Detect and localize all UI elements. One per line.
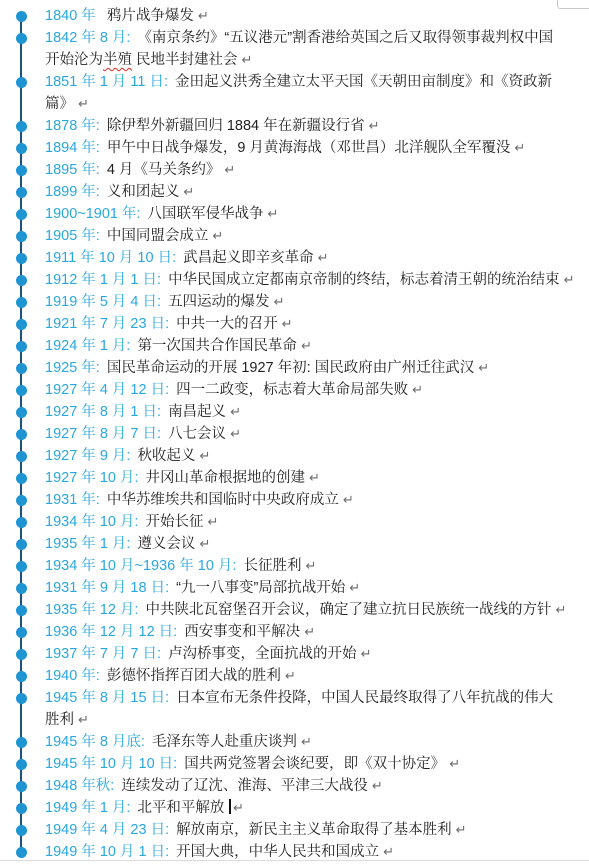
item-text[interactable]: 八国联军侵华战争	[148, 206, 264, 222]
bullet-icon	[16, 495, 27, 506]
item-text[interactable]: 4 月《马关条约》	[107, 162, 221, 178]
timeline-item[interactable]: 1927 年 4 月 12 日:四一二政变，标志着大革命局部失败↵	[0, 379, 589, 401]
item-text[interactable]: 中共一大的召开	[176, 316, 278, 332]
item-date[interactable]: 1899 年:	[45, 184, 100, 200]
item-date[interactable]: 1935 年 12 月:	[45, 602, 139, 618]
timeline-item[interactable]: 1945 年 8 月 15 日:日本宣布无条件投降，中国人民最终取得了八年抗战的…	[0, 687, 589, 731]
timeline-item[interactable]: 1948 年秋:连续发动了辽沈、淮海、平津三大战役↵	[0, 775, 589, 797]
bullet-icon	[16, 253, 27, 264]
item-date[interactable]: 1905 年:	[45, 228, 100, 244]
item-text[interactable]: 西安事变和平解决	[184, 624, 300, 640]
paragraph-return-mark: ↵	[233, 800, 244, 815]
bullet-icon	[16, 803, 27, 814]
bullet-icon	[16, 825, 27, 836]
paragraph-return-mark: ↵	[305, 558, 316, 573]
item-text[interactable]: 中华民国成立定都南京帝制的终结，标志着清王朝的统治结束	[168, 272, 560, 288]
item-date[interactable]: 1912 年 1 月 1 日:	[45, 272, 161, 288]
item-date[interactable]: 1934 年 10 月:	[45, 514, 139, 530]
timeline-item[interactable]: 1931 年:中华苏维埃共和国临时中央政府成立↵	[0, 489, 589, 511]
bullet-icon	[16, 363, 27, 374]
timeline-item[interactable]: 1842 年 8 月:《南京条约》“五议港元”割香港给英国之后又取得领事裁判权中…	[0, 27, 589, 71]
item-date[interactable]: 1940 年:	[45, 668, 100, 684]
item-text[interactable]: 彭德怀指挥百团大战的胜利	[107, 668, 281, 684]
paragraph-return-mark: ↵	[282, 316, 293, 331]
item-date[interactable]: 1925 年:	[45, 360, 100, 376]
item-date[interactable]: 1935 年 1 月:	[45, 536, 130, 552]
bullet-icon	[16, 649, 27, 660]
paragraph-return-mark: ↵	[230, 404, 241, 419]
paragraph-return-mark: ↵	[456, 822, 467, 837]
timeline-item[interactable]: 1937 年 7 月 7 日:卢沟桥事变，全面抗战的开始↵	[0, 643, 589, 665]
item-date[interactable]: 1945 年 10 月 10 日:	[45, 756, 177, 772]
bullet-icon	[16, 847, 27, 858]
bullet-icon	[16, 671, 27, 682]
paragraph-return-mark: ↵	[564, 272, 575, 287]
item-text[interactable]: 中华苏维埃共和国临时中央政府成立	[107, 492, 339, 508]
timeline-item[interactable]: 1919 年 5 月 4 日:五四运动的爆发↵	[0, 291, 589, 313]
paragraph-return-mark: ↵	[212, 228, 223, 243]
item-text[interactable]: 连续发动了辽沈、淮海、平津三大战役	[121, 778, 368, 794]
bullet-icon	[16, 297, 27, 308]
paragraph-return-mark: ↵	[369, 118, 380, 133]
paragraph-return-mark: ↵	[78, 712, 89, 727]
paragraph-return-mark: ↵	[383, 844, 394, 859]
item-text[interactable]: 北平和平解放	[137, 800, 224, 816]
item-date[interactable]: 1927 年 4 月 12 日:	[45, 382, 169, 398]
text-cursor	[229, 799, 231, 814]
paragraph-return-mark: ↵	[199, 448, 210, 463]
timeline-item[interactable]: 1927 年 9 月:秋收起义↵	[0, 445, 589, 467]
item-date[interactable]: 1927 年 9 月:	[45, 448, 130, 464]
timeline-item[interactable]: 1894 年:甲午中日战争爆发，9 月黄海海战（邓世昌）北洋舰队全军覆没↵	[0, 137, 589, 159]
timeline-item[interactable]: 1934 年 10 月~1936 年 10 月:长征胜利↵	[0, 555, 589, 577]
paragraph-return-mark: ↵	[556, 602, 567, 617]
bullet-icon	[16, 165, 27, 176]
paragraph-return-mark: ↵	[304, 624, 315, 639]
item-date[interactable]: 1931 年:	[45, 492, 100, 508]
item-date[interactable]: 1878 年:	[45, 118, 100, 134]
item-text[interactable]: 四一二政变，标志着大革命局部失败	[176, 382, 408, 398]
timeline-item[interactable]: 1921 年 7 月 23 日:中共一大的召开↵	[0, 313, 589, 335]
item-date[interactable]: 1851 年 1 月 11 日:	[45, 74, 168, 90]
item-date[interactable]: 1936 年 12 月 12 日:	[45, 624, 177, 640]
item-date[interactable]: 1927 年 8 月 1 日:	[45, 404, 161, 420]
bullet-icon	[16, 429, 27, 440]
item-date[interactable]: 1921 年 7 月 23 日:	[45, 316, 169, 332]
item-text[interactable]: 开始长征	[146, 514, 204, 530]
timeline-item[interactable]: 1840 年 鸦片战争爆发↵	[0, 5, 589, 27]
item-date[interactable]: 1919 年 5 月 4 日:	[45, 294, 161, 310]
bullet-icon	[16, 11, 27, 22]
bullet-icon	[16, 143, 27, 154]
bullet-icon	[16, 341, 27, 352]
paragraph-return-mark: ↵	[449, 756, 460, 771]
item-date[interactable]: 1840 年	[45, 8, 96, 24]
paragraph-return-mark: ↵	[349, 580, 360, 595]
bullet-icon	[16, 319, 27, 330]
timeline-item[interactable]: 1940 年:彭德怀指挥百团大战的胜利↵	[0, 665, 589, 687]
paragraph-return-mark: ↵	[274, 294, 285, 309]
paragraph-return-mark: ↵	[224, 162, 235, 177]
item-text[interactable]: 遵义会议	[137, 536, 195, 552]
item-text[interactable]: 毛泽东等人赴重庆谈判	[152, 734, 297, 750]
timeline-item[interactable]: 1851 年 1 月 11 日:金田起义洪秀全建立太平天国《天朝田亩制度》和《资…	[0, 71, 589, 115]
paragraph-return-mark: ↵	[268, 206, 279, 221]
page-edge-line	[0, 860, 589, 861]
paragraph-return-mark: ↵	[372, 778, 383, 793]
bullet-icon	[16, 33, 27, 44]
timeline-item[interactable]: 1927 年 8 月 7 日:八七会议↵	[0, 423, 589, 445]
timeline-item[interactable]: 1934 年 10 月:开始长征↵	[0, 511, 589, 533]
timeline-item[interactable]: 1924 年 1 月:第一次国共合作国民革命↵	[0, 335, 589, 357]
item-text[interactable]: 中共陕北瓦窑堡召开会议，确定了建立抗日民族统一战线的方针	[146, 602, 552, 618]
document-page: { "marks": { "return_mark": "↵" }, "colo…	[0, 0, 589, 867]
item-date[interactable]: 1937 年 7 月 7 日:	[45, 646, 161, 662]
item-date[interactable]: 1934 年 10 月~1936 年 10 月:	[45, 558, 236, 574]
item-text[interactable]: 南昌起义	[168, 404, 226, 420]
paragraph-return-mark: ↵	[242, 52, 253, 67]
paragraph-return-mark: ↵	[318, 250, 329, 265]
item-date[interactable]: 1949 年 1 月:	[45, 800, 130, 816]
item-date[interactable]: 1894 年:	[45, 140, 100, 156]
paragraph-return-mark: ↵	[198, 8, 209, 23]
item-text[interactable]: 国共两党签署会谈纪要，即《双十协定》	[184, 756, 445, 772]
bullet-icon	[16, 473, 27, 484]
paragraph-return-mark: ↵	[78, 96, 89, 111]
timeline-item[interactable]: 1927 年 10 月:井冈山革命根据地的创建↵	[0, 467, 589, 489]
item-date[interactable]: 1842 年 8 月:	[45, 30, 130, 46]
item-date[interactable]: 1927 年 8 月 7 日:	[45, 426, 161, 442]
item-text[interactable]: 八七会议	[168, 426, 226, 442]
item-text-misspelled[interactable]: 半殖	[103, 52, 132, 68]
timeline-item[interactable]: 1878 年:除伊犁外新疆回归 1884 年在新疆设行省↵	[0, 115, 589, 137]
bullet-icon	[16, 407, 27, 418]
paragraph-return-mark: ↵	[301, 338, 312, 353]
bullet-icon	[16, 627, 27, 638]
bullet-icon	[16, 121, 27, 132]
item-date[interactable]: 1927 年 10 月:	[45, 470, 139, 486]
item-text[interactable]: 武昌起义即辛亥革命	[183, 250, 314, 266]
paragraph-return-mark: ↵	[301, 734, 312, 749]
item-date[interactable]: 1945 年 8 月底:	[45, 734, 145, 750]
item-text[interactable]: 甲午中日战争爆发，9 月黄海海战（邓世昌）北洋舰队全军覆没	[107, 140, 511, 156]
timeline-item[interactable]: 1927 年 8 月 1 日:南昌起义↵	[0, 401, 589, 423]
bullet-icon	[16, 517, 27, 528]
item-text[interactable]: 除伊犁外新疆回归 1884 年在新疆设行省	[107, 118, 365, 134]
timeline-list: 1840 年 鸦片战争爆发↵1842 年 8 月:《南京条约》“五议港元”割香港…	[0, 5, 589, 863]
timeline-item[interactable]: 1900~1901 年:八国联军侵华战争↵	[0, 203, 589, 225]
item-text[interactable]: 卢沟桥事变，全面抗战的开始	[168, 646, 357, 662]
item-text[interactable]: 解放南京，新民主主义革命取得了基本胜利	[176, 822, 452, 838]
item-date[interactable]: 1948 年秋:	[45, 778, 114, 794]
bullet-icon	[16, 583, 27, 594]
bullet-icon	[16, 77, 27, 88]
paragraph-return-mark: ↵	[412, 382, 423, 397]
item-text[interactable]: 鸦片战争爆发	[103, 8, 194, 24]
item-text[interactable]: 秋收起义	[137, 448, 195, 464]
paragraph-return-mark: ↵	[514, 140, 525, 155]
timeline-item[interactable]: 1899 年:义和团起义↵	[0, 181, 589, 203]
bullet-icon	[16, 605, 27, 616]
bullet-icon	[16, 561, 27, 572]
item-date[interactable]: 1949 年 10 月 1 日:	[45, 844, 169, 860]
item-text[interactable]: 国民革命运动的开展 1927 年初: 国民政府由广州迁往武汉	[107, 360, 474, 376]
item-date[interactable]: 1911 年 10 月 10 日:	[45, 250, 176, 266]
timeline-item[interactable]: 1911 年 10 月 10 日:武昌起义即辛亥革命↵	[0, 247, 589, 269]
timeline-item[interactable]: 1935 年 1 月:遵义会议↵	[0, 533, 589, 555]
item-text[interactable]: 义和团起义	[107, 184, 180, 200]
bullet-icon	[16, 451, 27, 462]
item-text[interactable]: “九一八事变”局部抗战开始	[176, 580, 345, 596]
timeline-item[interactable]: 1925 年:国民革命运动的开展 1927 年初: 国民政府由广州迁往武汉↵	[0, 357, 589, 379]
item-date[interactable]: 1931 年 9 月 18 日:	[45, 580, 169, 596]
item-text[interactable]: 长征胜利	[243, 558, 301, 574]
paragraph-return-mark: ↵	[285, 668, 296, 683]
paragraph-return-mark: ↵	[343, 492, 354, 507]
timeline-item[interactable]: 1895 年:4 月《马关条约》↵	[0, 159, 589, 181]
bullet-icon	[16, 539, 27, 550]
timeline-item[interactable]: 1949 年 1 月:北平和平解放↵	[0, 797, 589, 819]
timeline-item[interactable]: 1936 年 12 月 12 日:西安事变和平解决↵	[0, 621, 589, 643]
timeline-item[interactable]: 1949 年 4 月 23 日:解放南京，新民主主义革命取得了基本胜利↵	[0, 819, 589, 841]
item-date[interactable]: 1924 年 1 月:	[45, 338, 130, 354]
item-date[interactable]: 1900~1901 年:	[45, 206, 141, 222]
bullet-icon	[16, 209, 27, 220]
paragraph-return-mark: ↵	[208, 514, 219, 529]
timeline-item[interactable]: 1912 年 1 月 1 日:中华民国成立定都南京帝制的终结，标志着清王朝的统治…	[0, 269, 589, 291]
timeline-item[interactable]: 1945 年 10 月 10 日:国共两党签署会谈纪要，即《双十协定》↵	[0, 753, 589, 775]
item-text[interactable]: 中国同盟会成立	[107, 228, 209, 244]
paragraph-return-mark: ↵	[309, 470, 320, 485]
bullet-icon	[16, 231, 27, 242]
item-text[interactable]: 民地半封建社会	[132, 52, 238, 68]
item-text[interactable]: 五四运动的爆发	[168, 294, 270, 310]
bullet-icon	[16, 275, 27, 286]
paragraph-return-mark: ↵	[199, 536, 210, 551]
bullet-icon	[16, 759, 27, 770]
timeline-item[interactable]: 1935 年 12 月:中共陕北瓦窑堡召开会议，确定了建立抗日民族统一战线的方针…	[0, 599, 589, 621]
item-text[interactable]: 开国大典，中华人民共和国成立	[176, 844, 379, 860]
bullet-icon	[16, 693, 27, 704]
paragraph-return-mark: ↵	[183, 184, 194, 199]
item-date[interactable]: 1945 年 8 月 15 日:	[45, 690, 169, 706]
bullet-icon	[16, 737, 27, 748]
item-date[interactable]: 1895 年:	[45, 162, 100, 178]
item-date[interactable]: 1949 年 4 月 23 日:	[45, 822, 169, 838]
paragraph-return-mark: ↵	[361, 646, 372, 661]
timeline-item[interactable]: 1905 年:中国同盟会成立↵	[0, 225, 589, 247]
item-text[interactable]: 井冈山革命根据地的创建	[146, 470, 306, 486]
timeline-item[interactable]: 1945 年 8 月底:毛泽东等人赴重庆谈判↵	[0, 731, 589, 753]
timeline-item[interactable]: 1931 年 9 月 18 日:“九一八事变”局部抗战开始↵	[0, 577, 589, 599]
bullet-icon	[16, 187, 27, 198]
bullet-icon	[16, 385, 27, 396]
paragraph-return-mark: ↵	[478, 360, 489, 375]
paragraph-return-mark: ↵	[230, 426, 241, 441]
item-text[interactable]: 第一次国共合作国民革命	[137, 338, 297, 354]
bullet-icon	[16, 781, 27, 792]
